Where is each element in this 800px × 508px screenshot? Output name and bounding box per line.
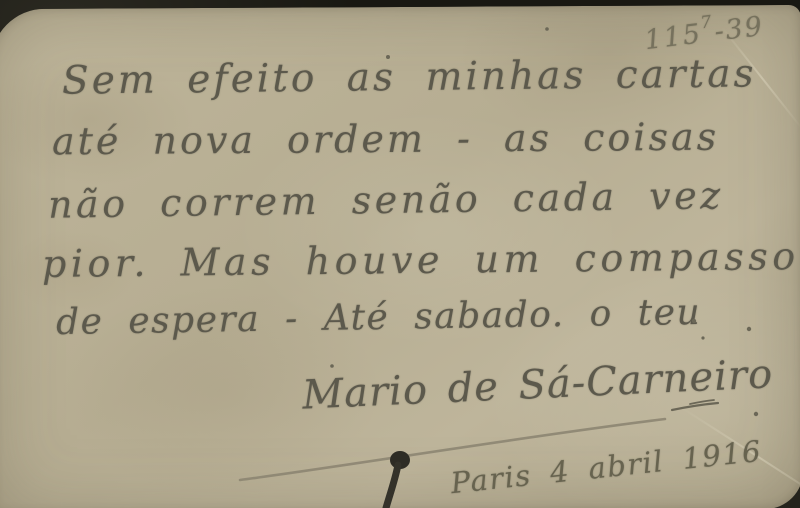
ink-dots: [330, 27, 758, 416]
signature-underline: [672, 403, 718, 410]
signature-flourish: [240, 419, 665, 480]
photo-background: 1157-39 Sem efeito as minhas cartas até …: [0, 0, 800, 508]
ink-blot-tail: [386, 465, 398, 508]
ink-marks-overlay: [0, 0, 800, 508]
